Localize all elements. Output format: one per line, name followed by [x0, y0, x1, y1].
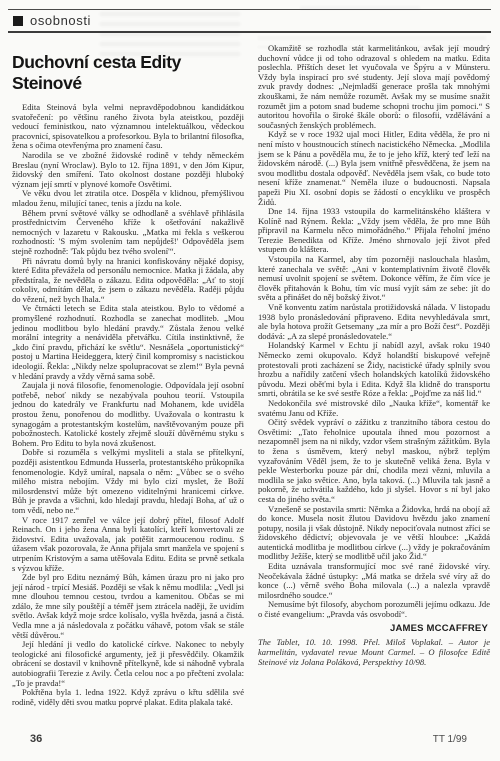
column-left: Duchovní cesta Edity Steinové Edita Stei… — [12, 44, 244, 707]
article-title: Duchovní cesta Edity Steinové — [12, 52, 244, 94]
column-right-text: Okamžitě se rozhodla stát karmelitánkou,… — [258, 44, 490, 620]
section-marker-square-icon — [13, 16, 23, 26]
paragraph: Dne 14. října 1933 vstoupila do karmelit… — [258, 207, 490, 255]
page-number: 36 — [30, 733, 42, 745]
paragraph: Edita Steinová byla velmi nepravděpodobn… — [12, 103, 244, 151]
paragraph: Vznešeně se postavila smrti: Němka a Žid… — [258, 505, 490, 563]
paragraph: Při návratu domů byly na hranici konfisk… — [12, 257, 244, 305]
paragraph: Ve čtrnácti letech se Edita stala ateist… — [12, 304, 244, 381]
source-footnote: The Tablet, 10. 10. 1998. Přel. Miloš Vo… — [258, 637, 490, 668]
paragraph: Zde byl pro Editu neznámý Bůh, kámen úra… — [12, 573, 244, 640]
section-label: osobnosti — [13, 13, 91, 28]
paragraph: Vně konventu zatím narůstala protižidovs… — [258, 303, 490, 341]
column-left-text: Edita Steinová byla velmi nepravděpodobn… — [12, 103, 244, 707]
paragraph: Když se v roce 1932 ujal moci Hitler, Ed… — [258, 130, 490, 207]
paragraph: Během první světové války se odhodlaně a… — [12, 209, 244, 257]
author-byline: JAMES MCCAFFREY — [258, 623, 488, 634]
paragraph: Zaujala ji nová filosofie, fenomenologie… — [12, 381, 244, 448]
paragraph: Edita uznávala transformující moc své ra… — [258, 562, 490, 600]
paragraph: Nedokončila své mistrovské dílo „Nauka k… — [258, 399, 490, 418]
paragraph: Vstoupila na Karmel, aby tím pozorněji n… — [258, 255, 490, 303]
scan-bleedthrough — [300, 6, 420, 16]
section-label-text: osobnosti — [30, 13, 91, 28]
article-body: Duchovní cesta Edity Steinové Edita Stei… — [12, 44, 490, 707]
paragraph: Očitý svědek vypráví o zážitku z tranzit… — [258, 418, 490, 504]
page-footer: 36 TT 1/99 — [30, 733, 467, 745]
issue-label: TT 1/99 — [433, 734, 467, 745]
paragraph: V roce 1917 zemřel ve válce její dobrý p… — [12, 516, 244, 574]
paragraph: Nemusíme být filosofy, abychom porozuměl… — [258, 600, 490, 619]
paragraph: Pokřtěna byla 1. ledna 1922. Když zprávu… — [12, 688, 244, 707]
paragraph: Ve věku dvou let ztratila otce. Dospěla … — [12, 189, 244, 208]
column-right: Okamžitě se rozhodla stát karmelitánkou,… — [258, 44, 490, 707]
paragraph: Narodila se ve zbožné židovské rodině v … — [12, 151, 244, 189]
paragraph: Dobře si rozuměla s velkými mysliteli a … — [12, 448, 244, 515]
paragraph: Okamžitě se rozhodla stát karmelitánkou,… — [258, 44, 490, 130]
magazine-page: osobnosti Duchovní cesta Edity Steinové … — [0, 0, 500, 761]
paragraph: Holandský Karmel v Echtu jí nabídl azyl,… — [258, 341, 490, 399]
paragraph: Její hledání ji vedlo do katolické církv… — [12, 640, 244, 688]
top-rule — [8, 9, 491, 10]
header-rule — [8, 31, 491, 33]
